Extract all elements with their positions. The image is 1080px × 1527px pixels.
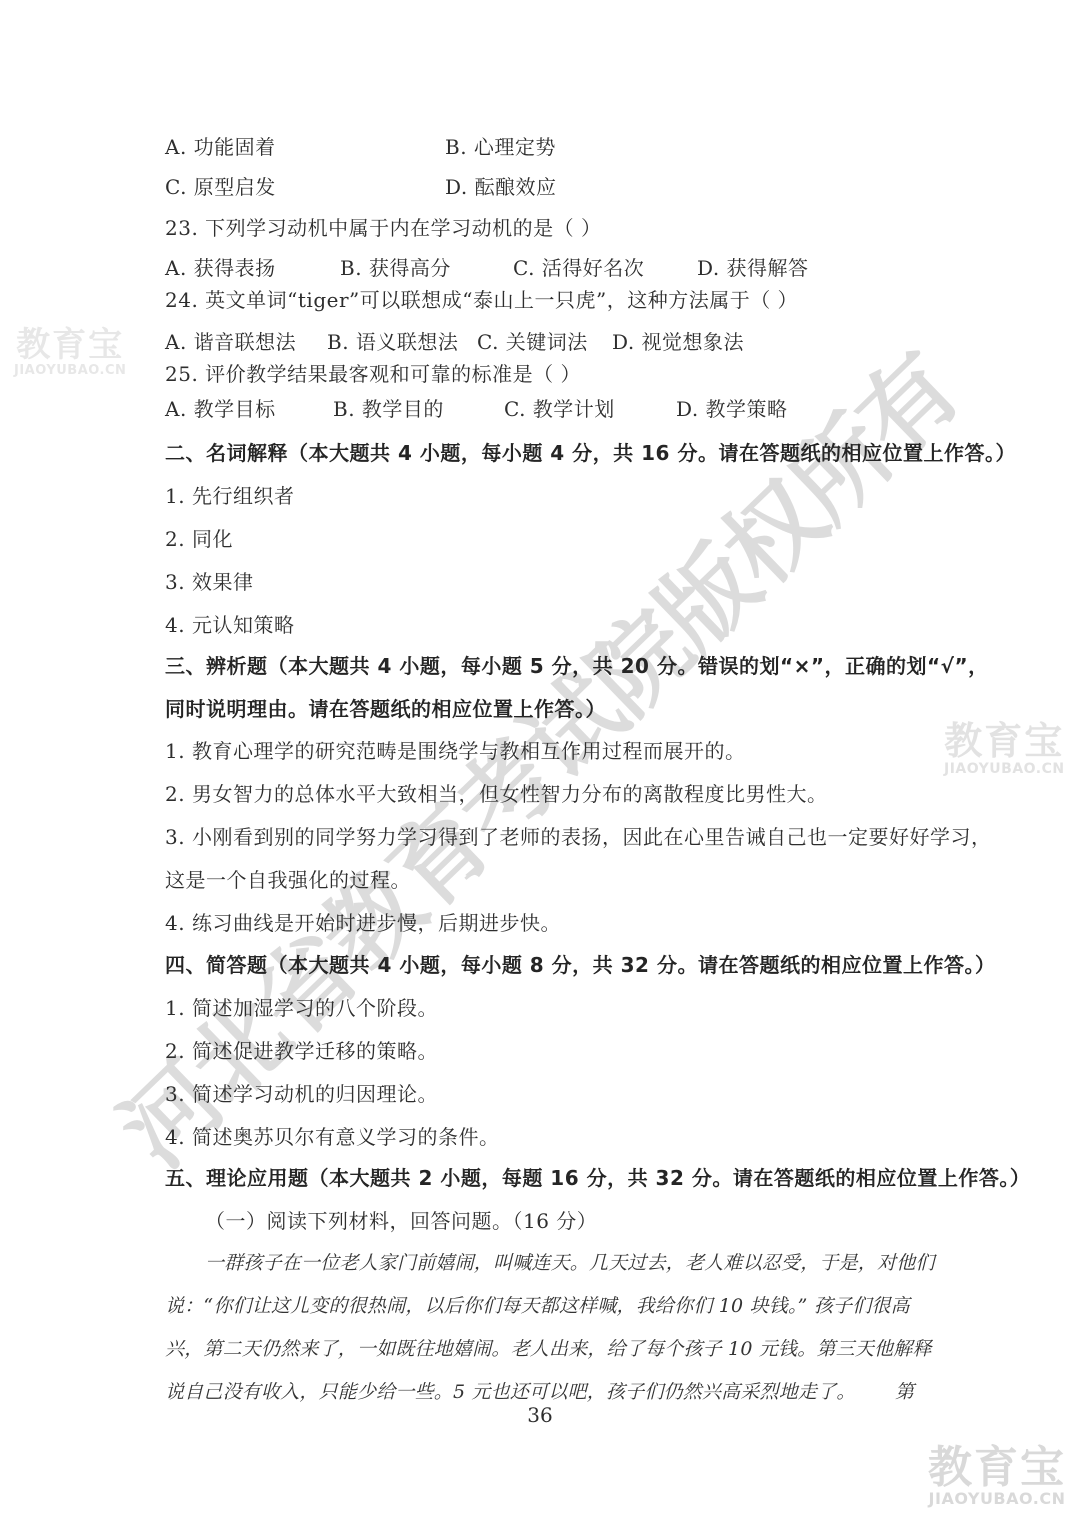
section-2-item-3: 3. 效果律 xyxy=(165,566,253,595)
option-b: B. 获得高分 xyxy=(340,252,451,281)
jiaoyubao-logo-domain: JIAOYUBAO.CN xyxy=(928,1491,1066,1508)
jiaoyubao-logo-bottom-right: 教育宝 JIAOYUBAO.CN xyxy=(928,1445,1066,1508)
material-paragraph-line-2: 说：“你们让这儿变的很热闹，以后你们每天都这样喊，我给你们 10 块钱。” 孩子… xyxy=(165,1291,910,1318)
section-4-item-2: 2. 简述促进教学迁移的策略。 xyxy=(165,1035,438,1064)
section-3-item-4: 4. 练习曲线是开始时进步慢，后期进步快。 xyxy=(165,907,561,936)
section-2-item-1: 1. 先行组织者 xyxy=(165,480,294,509)
exam-paper-page: 河北省教育考试院版权所有 教育宝 JIAOYUBAO.CN 教育宝 JIAOYU… xyxy=(0,0,1080,1527)
question-23-stem: 23. 下列学习动机中属于内在学习动机的是（ ） xyxy=(165,212,602,241)
section-4-item-1: 1. 简述加湿学习的八个阶段。 xyxy=(165,992,438,1021)
option-b: B. 心理定势 xyxy=(445,131,556,160)
jiaoyubao-logo-domain: JIAOYUBAO.CN xyxy=(944,762,1065,777)
option-c: C. 关键词法 xyxy=(477,326,588,355)
material-paragraph-line-3: 兴，第二天仍然来了，一如既往地嬉闹。老人出来，给了每个孩子 10 元钱。第三天他… xyxy=(165,1334,932,1361)
option-c: C. 教学计划 xyxy=(504,393,615,422)
option-d: D. 酝酿效应 xyxy=(445,171,557,200)
question-22-options-row-2: C. 原型启发 D. 酝酿效应 xyxy=(165,171,925,197)
option-d: D. 获得解答 xyxy=(697,252,809,281)
section-4-item-4: 4. 简述奥苏贝尔有意义学习的条件。 xyxy=(165,1121,499,1150)
material-paragraph-tail-char: 第 xyxy=(895,1377,914,1404)
jiaoyubao-logo-domain: JIAOYUBAO.CN xyxy=(14,364,126,378)
section-3-heading-line-2: 同时说明理由。请在答题纸的相应位置上作答。） xyxy=(165,693,606,722)
section-3-item-3-line-2: 这是一个自我强化的过程。 xyxy=(165,864,411,893)
section-3-item-2: 2. 男女智力的总体水平大致相当，但女性智力分布的离散程度比男性大。 xyxy=(165,778,827,807)
material-paragraph-line-1: 一群孩子在一位老人家门前嬉闹，叫喊连天。几天过去，老人难以忍受，于是，对他们 xyxy=(205,1248,935,1275)
option-a: A. 教学目标 xyxy=(165,393,276,422)
option-d: D. 教学策略 xyxy=(676,393,788,422)
section-2-item-2: 2. 同化 xyxy=(165,523,233,552)
section-3-item-3-line-1: 3. 小刚看到别的同学努力学习得到了老师的表扬，因此在心里告诫自己也一定要好好学… xyxy=(165,821,991,850)
section-4-heading: 四、简答题（本大题共 4 小题，每小题 8 分，共 32 分。请在答题纸的相应位… xyxy=(165,949,995,978)
question-24-stem: 24. 英文单词“tiger”可以联想成“泰山上一只虎”，这种方法属于（ ） xyxy=(165,284,798,313)
section-4-item-3: 3. 简述学习动机的归因理论。 xyxy=(165,1078,438,1107)
question-25-stem: 25. 评价教学结果最客观和可靠的标准是（ ） xyxy=(165,358,581,387)
option-d: D. 视觉想象法 xyxy=(612,326,744,355)
question-23-options: A. 获得表扬 B. 获得高分 C. 活得好名次 D. 获得解答 xyxy=(165,252,925,278)
option-a: A. 谐音联想法 xyxy=(165,326,296,355)
section-5-heading: 五、理论应用题（本大题共 2 小题，每题 16 分，共 32 分。请在答题纸的相… xyxy=(165,1162,1030,1191)
option-a: A. 获得表扬 xyxy=(165,252,276,281)
section-2-item-4: 4. 元认知策略 xyxy=(165,609,294,638)
jiaoyubao-logo-mid-right: 教育宝 JIAOYUBAO.CN xyxy=(944,722,1065,777)
jiaoyubao-logo-top-left: 教育宝 JIAOYUBAO.CN xyxy=(14,328,126,377)
option-b: B. 教学目的 xyxy=(333,393,444,422)
jiaoyubao-logo-text: 教育宝 xyxy=(14,328,126,364)
jiaoyubao-logo-text: 教育宝 xyxy=(928,1445,1066,1491)
page-number: 36 xyxy=(0,1403,1080,1427)
option-c: C. 活得好名次 xyxy=(513,252,644,281)
option-a: A. 功能固着 xyxy=(165,131,276,160)
material-paragraph-line-4-text: 说自己没有收入，只能少给一些。5 元也还可以吧，孩子们仍然兴高采烈地走了。 xyxy=(165,1381,856,1403)
question-22-options-row-1: A. 功能固着 B. 心理定势 xyxy=(165,131,925,157)
option-c: C. 原型启发 xyxy=(165,171,276,200)
section-2-heading: 二、名词解释（本大题共 4 小题，每小题 4 分，共 16 分。请在答题纸的相应… xyxy=(165,437,1016,466)
section-3-item-1: 1. 教育心理学的研究范畴是围绕学与教相互作用过程而展开的。 xyxy=(165,735,745,764)
section-5-sub-heading: （一）阅读下列材料，回答问题。（16 分） xyxy=(205,1205,597,1234)
question-25-options: A. 教学目标 B. 教学目的 C. 教学计划 D. 教学策略 xyxy=(165,393,925,419)
section-3-heading-line-1: 三、辨析题（本大题共 4 小题，每小题 5 分，共 20 分。错误的划“×”，正… xyxy=(165,650,989,679)
material-paragraph-line-4: 说自己没有收入，只能少给一些。5 元也还可以吧，孩子们仍然兴高采烈地走了。 第 xyxy=(165,1377,925,1404)
option-b: B. 语义联想法 xyxy=(327,326,458,355)
question-24-options: A. 谐音联想法 B. 语义联想法 C. 关键词法 D. 视觉想象法 xyxy=(165,326,925,352)
jiaoyubao-logo-text: 教育宝 xyxy=(944,722,1065,762)
